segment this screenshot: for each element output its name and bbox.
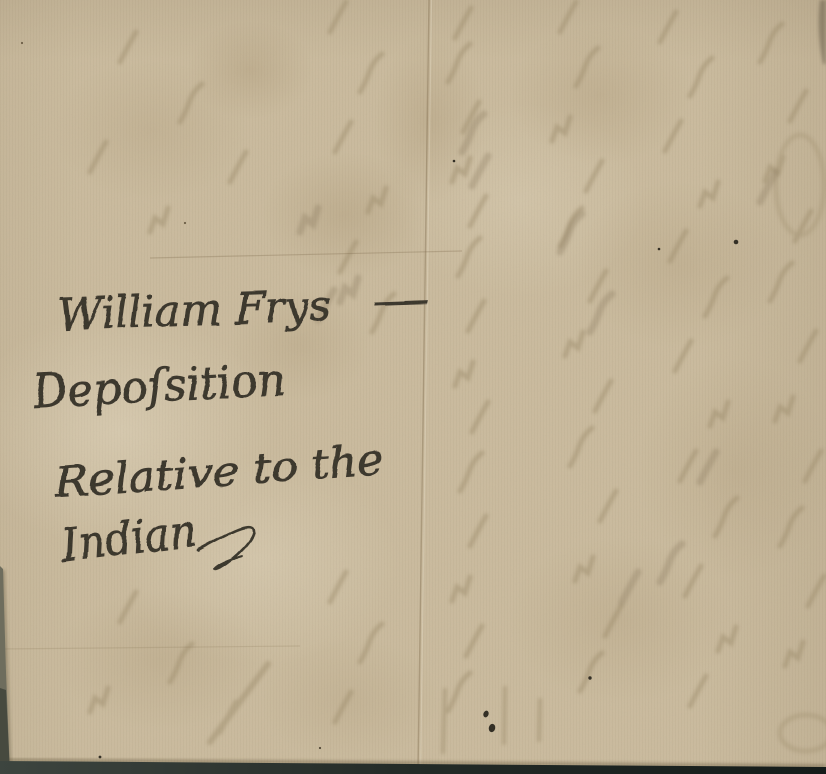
paper-grain <box>0 0 826 774</box>
manuscript-scan-render: William Frys — Depoſsition Relative to t… <box>0 0 826 774</box>
manuscript-scan-page: William Frys — Depoſsition Relative to t… <box>0 0 826 774</box>
